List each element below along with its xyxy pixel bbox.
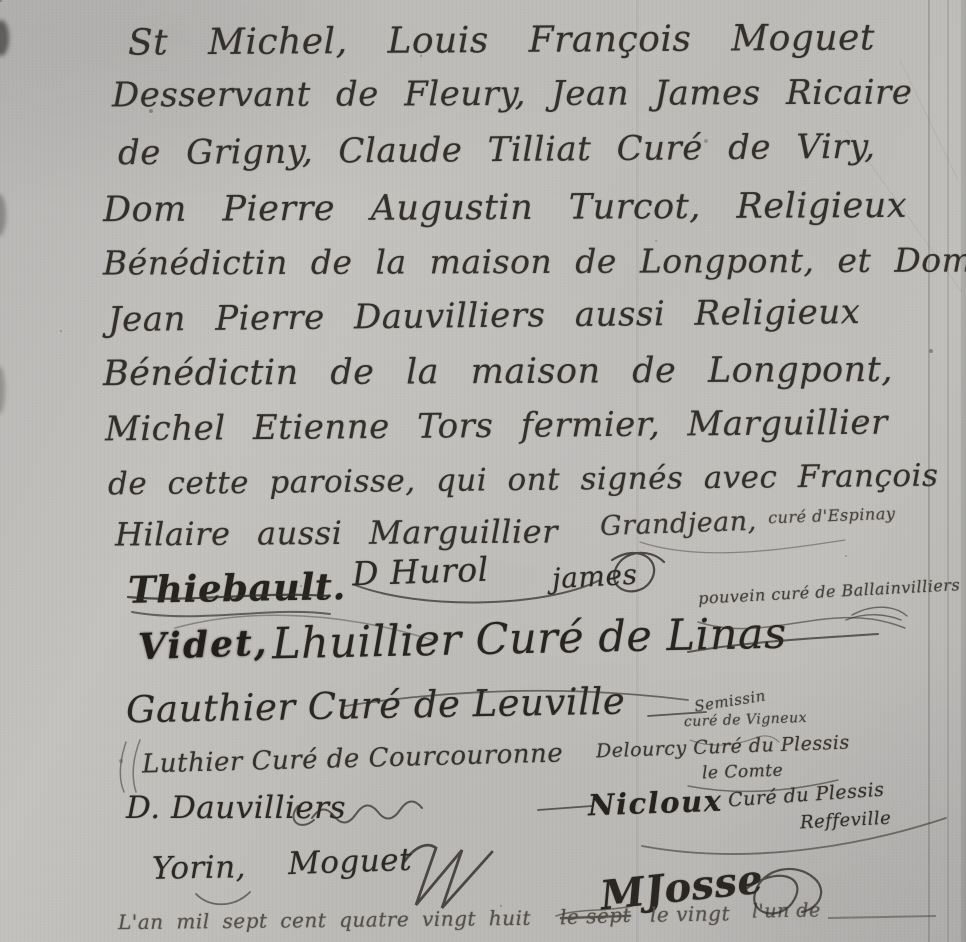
moguet-zigzag-paraph [404, 845, 492, 908]
manuscript-line-10: Hilaire aussi Marguillier [115, 512, 558, 553]
dauvilliers-dash [538, 806, 592, 810]
manuscript-line-9: de cette paroisse, qui ont signés avec F… [108, 458, 939, 503]
manuscript-line-6: Jean Pierre Dauvilliers aussi Religieux [108, 292, 861, 340]
signature-james: james [551, 558, 638, 595]
signature-dhurol: D Hurol [351, 550, 489, 594]
pouvein-leaf-flourish [846, 607, 907, 620]
yorin-flourish [196, 892, 250, 904]
footer-struck-word: le sept [560, 903, 632, 929]
nicloux-swoosh [642, 818, 946, 854]
grandjean-title: curé d'Espinay [768, 504, 896, 527]
signature-videt: Videt, [137, 622, 269, 669]
manuscript-line-3: de Grigny, Claude Tilliat Curé de Viry, [118, 127, 876, 174]
signature-thiebault: Thiebault. [128, 564, 347, 612]
luthier-lead-stroke [120, 740, 140, 792]
signature-pouvein-note: pouvein curé de Ballainvilliers [698, 575, 961, 608]
manuscript-page: St Michel, Louis François Moguet Desserv… [0, 0, 966, 942]
signature-grandjean: Grandjean, [600, 506, 758, 542]
footer-date-line: L'an mil sept cent quatre vingt huit [118, 906, 531, 934]
footer-dash [828, 915, 936, 919]
manuscript-line-7: Bénédictin de la maison de Longpont, [103, 350, 893, 394]
signature-yorin: Yorin, [152, 849, 247, 887]
footer-date-continued: le vingt [650, 901, 730, 926]
manuscript-line-4: Dom Pierre Augustin Turcot, Religieux [103, 186, 907, 230]
signature-nicloux: Nicloux [587, 784, 723, 823]
nicloux-title-2: Reffeville [800, 808, 892, 834]
signature-dauvilliers: D. Dauvilliers [126, 790, 346, 826]
signature-moguet: Moguet [287, 842, 412, 882]
marginal-note-grandjean: Grandjean, curé d'Espinay [600, 501, 896, 542]
signature-lhuillier: Lhuillier Curé de Linas [272, 609, 788, 670]
signature-delourcy: Delourcy Curé du Plessis [596, 732, 850, 763]
nicloux-title: Curé du Plessis [727, 779, 885, 812]
thiebault-underline-flourish [132, 612, 330, 616]
signature-luthier: Luthier Curé de Courcouronne [142, 738, 564, 779]
footer-date-end: l'un de [752, 899, 821, 922]
signature-gauthier: Gauthier Curé de Leuville [126, 680, 626, 732]
delourcy-title: le Comte [702, 761, 784, 784]
manuscript-line-8: Michel Etienne Tors fermier, Marguillier [105, 403, 888, 450]
manuscript-line-1: St Michel, Louis François Moguet [128, 17, 875, 63]
grandjean-swash [640, 540, 845, 553]
ink-layer: St Michel, Louis François Moguet Desserv… [0, 0, 966, 942]
manuscript-line-5: Bénédictin de la maison de Longpont, et … [103, 240, 966, 282]
semissin-title: curé de Vigneux [684, 710, 807, 730]
manuscript-line-2: Desservant de Fleury, Jean James Ricaire [112, 73, 913, 116]
